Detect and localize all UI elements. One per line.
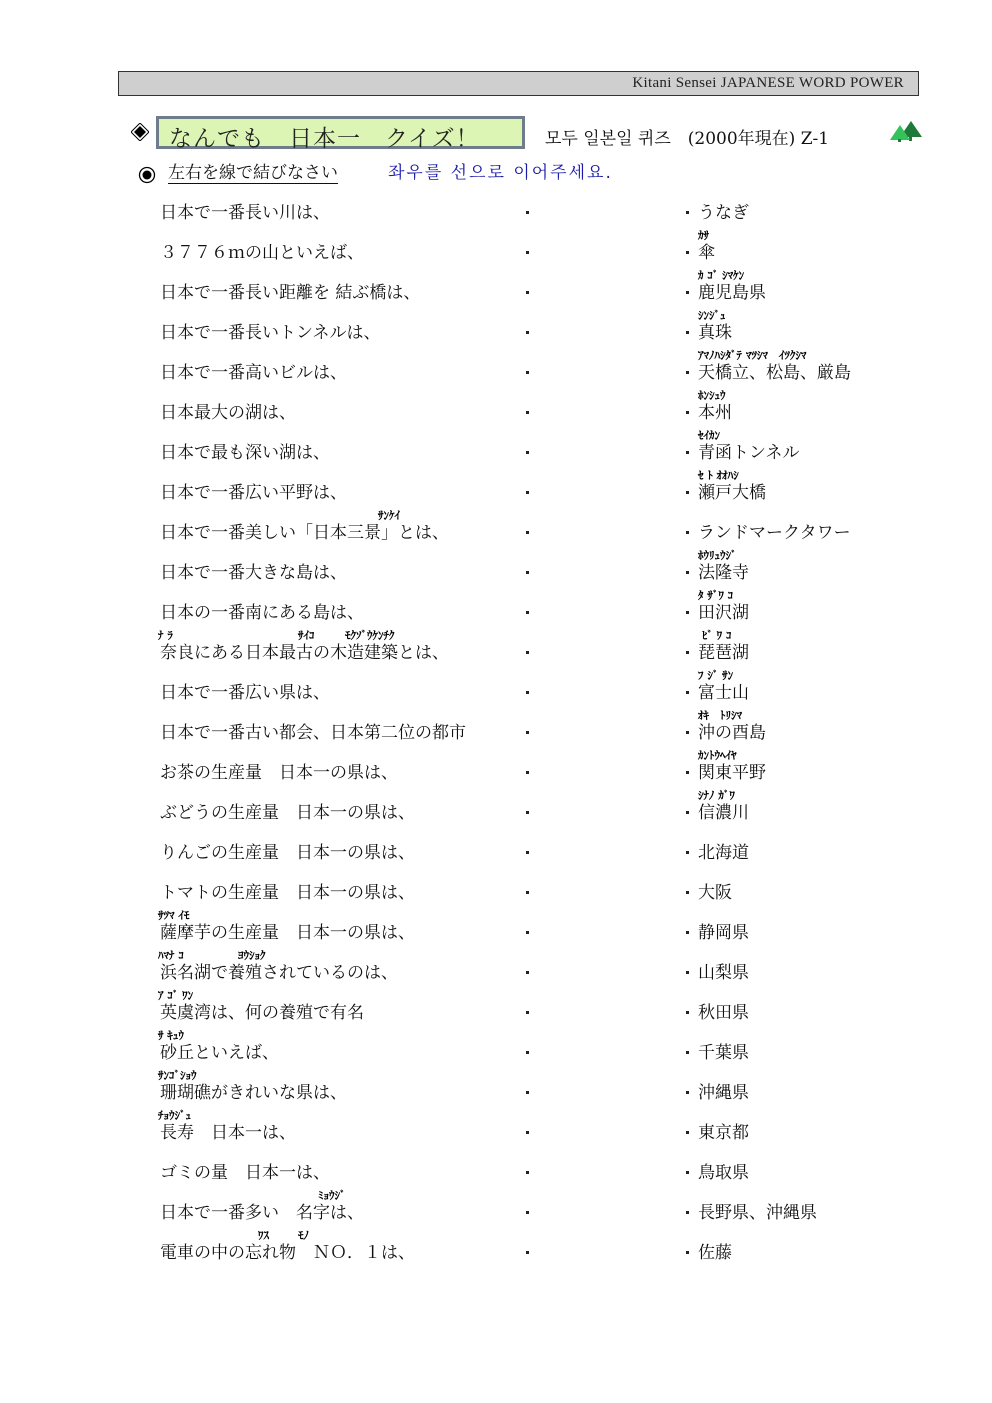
question-text: 電車の中の忘れ物 ＮＯ．１は、 [160, 1243, 415, 1263]
answer-connector-dot[interactable] [686, 451, 689, 454]
question-connector-dot[interactable] [526, 891, 529, 894]
answer-furigana: ｶﾝﾄｳﾍｲﾔ [698, 750, 737, 762]
answer-connector-dot[interactable] [686, 251, 689, 254]
answer-connector-dot[interactable] [686, 331, 689, 334]
question-text: 日本で一番大きな島は、 [160, 563, 347, 583]
question-text: ぶどうの生産量 日本一の県は、 [160, 803, 415, 823]
answer-text: 北海道 [698, 843, 749, 863]
question-furigana: ﾊﾏﾅ ｺ [158, 950, 184, 962]
question-connector-dot[interactable] [526, 851, 529, 854]
question-text: 日本の一番南にある島は、 [160, 603, 364, 623]
match-row: 薩摩芋の生産量 日本一の県は、ｻﾂﾏ ｲﾓ静岡県 [0, 923, 992, 963]
question-text: ３７７６ｍの山といえば、 [160, 243, 364, 263]
answer-connector-dot[interactable] [686, 371, 689, 374]
answer-text: 静岡県 [698, 923, 749, 943]
answer-text: 秋田県 [698, 1003, 749, 1023]
match-row: 長寿 日本一は、ﾁｮｳｼﾞｭ東京都 [0, 1123, 992, 1163]
question-text: 日本最大の湖は、 [160, 403, 296, 423]
question-connector-dot[interactable] [526, 1251, 529, 1254]
answer-furigana: ｱﾏﾉﾊｼﾀﾞﾃ ﾏﾂｼﾏ ｲﾂｸｼﾏ [698, 350, 806, 362]
answer-text: 法隆寺 [698, 563, 749, 583]
answer-text: 鳥取県 [698, 1163, 749, 1183]
page-title: なんでも 日本一 クイズ！ [169, 120, 480, 153]
answer-text: うなぎ [698, 203, 749, 223]
question-text: 日本で一番長いトンネルは、 [160, 323, 381, 343]
match-row: ゴミの量 日本一は、鳥取県 [0, 1163, 992, 1203]
question-connector-dot[interactable] [526, 531, 529, 534]
answer-connector-dot[interactable] [686, 651, 689, 654]
answer-connector-dot[interactable] [686, 891, 689, 894]
question-connector-dot[interactable] [526, 571, 529, 574]
question-text: 浜名湖で養殖されているのは、 [160, 963, 398, 983]
match-row: 日本で一番長いトンネルは、真珠ｼﾝｼﾞｭ [0, 323, 992, 363]
header-bar: Kitani Sensei JAPANESE WORD POWER [118, 71, 919, 96]
answer-text: 佐藤 [698, 1243, 732, 1263]
question-text: 英虞湾は、何の養殖で有名 [160, 1003, 364, 1023]
answer-connector-dot[interactable] [686, 931, 689, 934]
instruction-korean: 좌우를 선으로 이어주세요. [388, 163, 613, 183]
question-text: 珊瑚礁がきれいな県は、 [160, 1083, 347, 1103]
answer-furigana: ｼﾅﾉ ｶﾞﾜ [698, 790, 735, 802]
answer-furigana: ﾀ ｻﾞﾜ ｺ [698, 590, 733, 602]
match-row: 日本で最も深い湖は、青函トンネルｾｲｶﾝ [0, 443, 992, 483]
answer-furigana: ｾｲｶﾝ [698, 430, 720, 442]
question-text: りんごの生産量 日本一の県は、 [160, 843, 415, 863]
question-furigana: ﾐｮｳｼﾞ [318, 1190, 346, 1202]
match-row: お茶の生産量 日本一の県は、関東平野ｶﾝﾄｳﾍｲﾔ [0, 763, 992, 803]
answer-connector-dot[interactable] [686, 1171, 689, 1174]
question-text: 日本で最も深い湖は、 [160, 443, 330, 463]
question-connector-dot[interactable] [526, 691, 529, 694]
answer-connector-dot[interactable] [686, 491, 689, 494]
question-connector-dot[interactable] [526, 451, 529, 454]
answer-connector-dot[interactable] [686, 571, 689, 574]
answer-connector-dot[interactable] [686, 1211, 689, 1214]
question-text: 長寿 日本一は、 [160, 1123, 296, 1143]
answer-connector-dot[interactable] [686, 731, 689, 734]
match-row: 砂丘といえば、ｻ ｷｭｳ千葉県 [0, 1043, 992, 1083]
match-row: 浜名湖で養殖されているのは、ﾊﾏﾅ ｺﾖｳｼｮｸ山梨県 [0, 963, 992, 1003]
answer-furigana: ﾎﾝｼｭｳ [698, 390, 726, 402]
answer-connector-dot[interactable] [686, 1051, 689, 1054]
answer-connector-dot[interactable] [686, 411, 689, 414]
answer-text: 大阪 [698, 883, 732, 903]
question-connector-dot[interactable] [526, 491, 529, 494]
match-row: 日本で一番広い県は、富士山ﾌ ｼﾞ ｻﾝ [0, 683, 992, 723]
answer-furigana: ﾋﾞ ﾜ ｺ [698, 630, 732, 642]
question-connector-dot[interactable] [526, 1211, 529, 1214]
question-furigana: ﾜｽ [258, 1230, 269, 1242]
answer-connector-dot[interactable] [686, 771, 689, 774]
title-box: なんでも 日本一 クイズ！ [156, 116, 525, 149]
question-text: お茶の生産量 日本一の県は、 [160, 763, 398, 783]
answer-connector-dot[interactable] [686, 851, 689, 854]
match-row: トマトの生産量 日本一の県は、大阪 [0, 883, 992, 923]
answer-connector-dot[interactable] [686, 1011, 689, 1014]
match-row: 日本最大の湖は、本州ﾎﾝｼｭｳ [0, 403, 992, 443]
answer-text: 鹿児島県 [698, 283, 766, 303]
page-subtitle: 모두 일본일 퀴즈 (2000年現在) Z-1 [545, 124, 829, 149]
question-connector-dot[interactable] [526, 931, 529, 934]
instruction-japanese: 左右を線で結びなさい [168, 163, 338, 184]
question-text: 日本で一番古い都会、日本第二位の都市 [160, 723, 466, 743]
question-text: 薩摩芋の生産量 日本一の県は、 [160, 923, 415, 943]
answer-connector-dot[interactable] [686, 1251, 689, 1254]
question-text: トマトの生産量 日本一の県は、 [160, 883, 415, 903]
answer-furigana: ｼﾝｼﾞｭ [698, 310, 726, 322]
question-text: 奈良にある日本最古の木造建築とは、 [160, 643, 449, 663]
bullseye-icon [138, 166, 156, 184]
question-text: 日本で一番多い 名字は、 [160, 1203, 364, 1223]
question-connector-dot[interactable] [526, 1131, 529, 1134]
answer-text: 田沢湖 [698, 603, 749, 623]
answer-furigana: ｵｷ ﾄﾘｼﾏ [698, 710, 742, 722]
match-row: りんごの生産量 日本一の県は、北海道 [0, 843, 992, 883]
answer-connector-dot[interactable] [686, 1091, 689, 1094]
answer-text: 琵琶湖 [698, 643, 749, 663]
match-row: 電車の中の忘れ物 ＮＯ．１は、ﾜｽﾓﾉ佐藤 [0, 1243, 992, 1283]
answer-text: 真珠 [698, 323, 732, 343]
question-connector-dot[interactable] [526, 251, 529, 254]
answer-text: 傘 [698, 243, 715, 263]
question-furigana: ｱ ｺﾞ ﾜﾝ [158, 990, 193, 1002]
question-furigana: ﾖｳｼｮｸ [238, 950, 266, 962]
question-text: 日本で一番広い平野は、 [160, 483, 347, 503]
question-text: ゴミの量 日本一は、 [160, 1163, 330, 1183]
question-connector-dot[interactable] [526, 1051, 529, 1054]
match-row: 日本で一番長い距離を 結ぶ橋は、鹿児島県ｶ ｺﾞ ｼﾏｹﾝ [0, 283, 992, 323]
question-connector-dot[interactable] [526, 771, 529, 774]
match-row: 日本で一番大きな島は、法隆寺ﾎｳﾘｭｳｼﾞ [0, 563, 992, 603]
question-connector-dot[interactable] [526, 211, 529, 214]
answer-text: 瀬戸大橋 [698, 483, 766, 503]
question-furigana: ｻｲｺ [298, 630, 315, 642]
answer-furigana: ﾎｳﾘｭｳｼﾞ [698, 550, 737, 562]
answer-connector-dot[interactable] [686, 971, 689, 974]
answer-furigana: ｶｻ [698, 230, 709, 242]
answer-text: 信濃川 [698, 803, 749, 823]
answer-text: 山梨県 [698, 963, 749, 983]
answer-text: 長野県、沖縄県 [698, 1203, 817, 1223]
match-row: 奈良にある日本最古の木造建築とは、ﾅ ﾗｻｲｺﾓｸｿﾞｳｹﾝﾁｸ琵琶湖 ﾋﾞ ﾜ… [0, 643, 992, 683]
answer-connector-dot[interactable] [686, 811, 689, 814]
answer-connector-dot[interactable] [686, 691, 689, 694]
question-furigana: ｻ ｷｭｳ [158, 1030, 184, 1042]
question-connector-dot[interactable] [526, 651, 529, 654]
question-text: 日本で一番長い川は、 [160, 203, 330, 223]
match-row: 英虞湾は、何の養殖で有名ｱ ｺﾞ ﾜﾝ秋田県 [0, 1003, 992, 1043]
answer-text: 千葉県 [698, 1043, 749, 1063]
question-furigana: ﾅ ﾗ [158, 630, 173, 642]
answer-text: 関東平野 [698, 763, 766, 783]
question-text: 日本で一番長い距離を 結ぶ橋は、 [160, 283, 420, 303]
match-row: 日本で一番広い平野は、瀬戸大橋ｾ ﾄ ｵｵﾊｼ [0, 483, 992, 523]
question-furigana: ｻﾝｹｲ [378, 510, 400, 522]
match-row: ぶどうの生産量 日本一の県は、信濃川ｼﾅﾉ ｶﾞﾜ [0, 803, 992, 843]
answer-furigana: ｶ ｺﾞ ｼﾏｹﾝ [698, 270, 744, 282]
question-furigana: ｻﾂﾏ ｲﾓ [158, 910, 189, 922]
answer-text: 沖の酉島 [698, 723, 766, 743]
question-furigana: ﾓﾉ [298, 1230, 309, 1242]
question-text: 砂丘といえば、 [160, 1043, 279, 1063]
question-furigana: ﾓｸｿﾞｳｹﾝﾁｸ [345, 630, 395, 642]
match-row: 日本で一番古い都会、日本第二位の都市沖の酉島ｵｷ ﾄﾘｼﾏ [0, 723, 992, 763]
question-text: 日本で一番高いビルは、 [160, 363, 347, 383]
question-connector-dot[interactable] [526, 971, 529, 974]
question-connector-dot[interactable] [526, 1091, 529, 1094]
question-furigana: ｻﾝｺﾞｼｮｳ [158, 1070, 197, 1082]
answer-text: ランドマークタワー [698, 523, 851, 543]
match-row: 日本で一番長い川は、うなぎ [0, 203, 992, 243]
answer-connector-dot[interactable] [686, 531, 689, 534]
answer-connector-dot[interactable] [686, 291, 689, 294]
question-furigana: ﾁｮｳｼﾞｭ [158, 1110, 191, 1122]
question-connector-dot[interactable] [526, 731, 529, 734]
answer-connector-dot[interactable] [686, 611, 689, 614]
answer-text: 天橋立、松島、厳島 [698, 363, 851, 383]
match-row: 日本で一番美しい「日本三景」とは、ｻﾝｹｲランドマークタワー [0, 523, 992, 563]
answer-connector-dot[interactable] [686, 1131, 689, 1134]
answer-text: 青函トンネル [698, 443, 800, 463]
answer-furigana: ﾌ ｼﾞ ｻﾝ [698, 670, 733, 682]
match-row: 日本で一番多い 名字は、ﾐｮｳｼﾞ長野県、沖縄県 [0, 1203, 992, 1243]
tree-icon [887, 120, 923, 142]
question-text: 日本で一番広い県は、 [160, 683, 330, 703]
answer-furigana: ｾ ﾄ ｵｵﾊｼ [698, 470, 739, 482]
match-row: 日本の一番南にある島は、田沢湖ﾀ ｻﾞﾜ ｺ [0, 603, 992, 643]
question-connector-dot[interactable] [526, 411, 529, 414]
question-connector-dot[interactable] [526, 1011, 529, 1014]
match-row: ３７７６ｍの山といえば、傘ｶｻ [0, 243, 992, 283]
question-connector-dot[interactable] [526, 811, 529, 814]
question-text: 日本で一番美しい「日本三景」とは、 [160, 523, 449, 543]
match-row: 珊瑚礁がきれいな県は、ｻﾝｺﾞｼｮｳ沖縄県 [0, 1083, 992, 1123]
answer-text: 富士山 [698, 683, 749, 703]
question-connector-dot[interactable] [526, 611, 529, 614]
question-connector-dot[interactable] [526, 371, 529, 374]
answer-text: 本州 [698, 403, 732, 423]
diamond-icon [131, 123, 149, 141]
question-connector-dot[interactable] [526, 1171, 529, 1174]
match-row: 日本で一番高いビルは、天橋立、松島、厳島ｱﾏﾉﾊｼﾀﾞﾃ ﾏﾂｼﾏ ｲﾂｸｼﾏ [0, 363, 992, 403]
header-title: Kitani Sensei JAPANESE WORD POWER [632, 75, 904, 92]
question-connector-dot[interactable] [526, 331, 529, 334]
question-connector-dot[interactable] [526, 291, 529, 294]
answer-text: 沖縄県 [698, 1083, 749, 1103]
answer-text: 東京都 [698, 1123, 749, 1143]
answer-connector-dot[interactable] [686, 211, 689, 214]
